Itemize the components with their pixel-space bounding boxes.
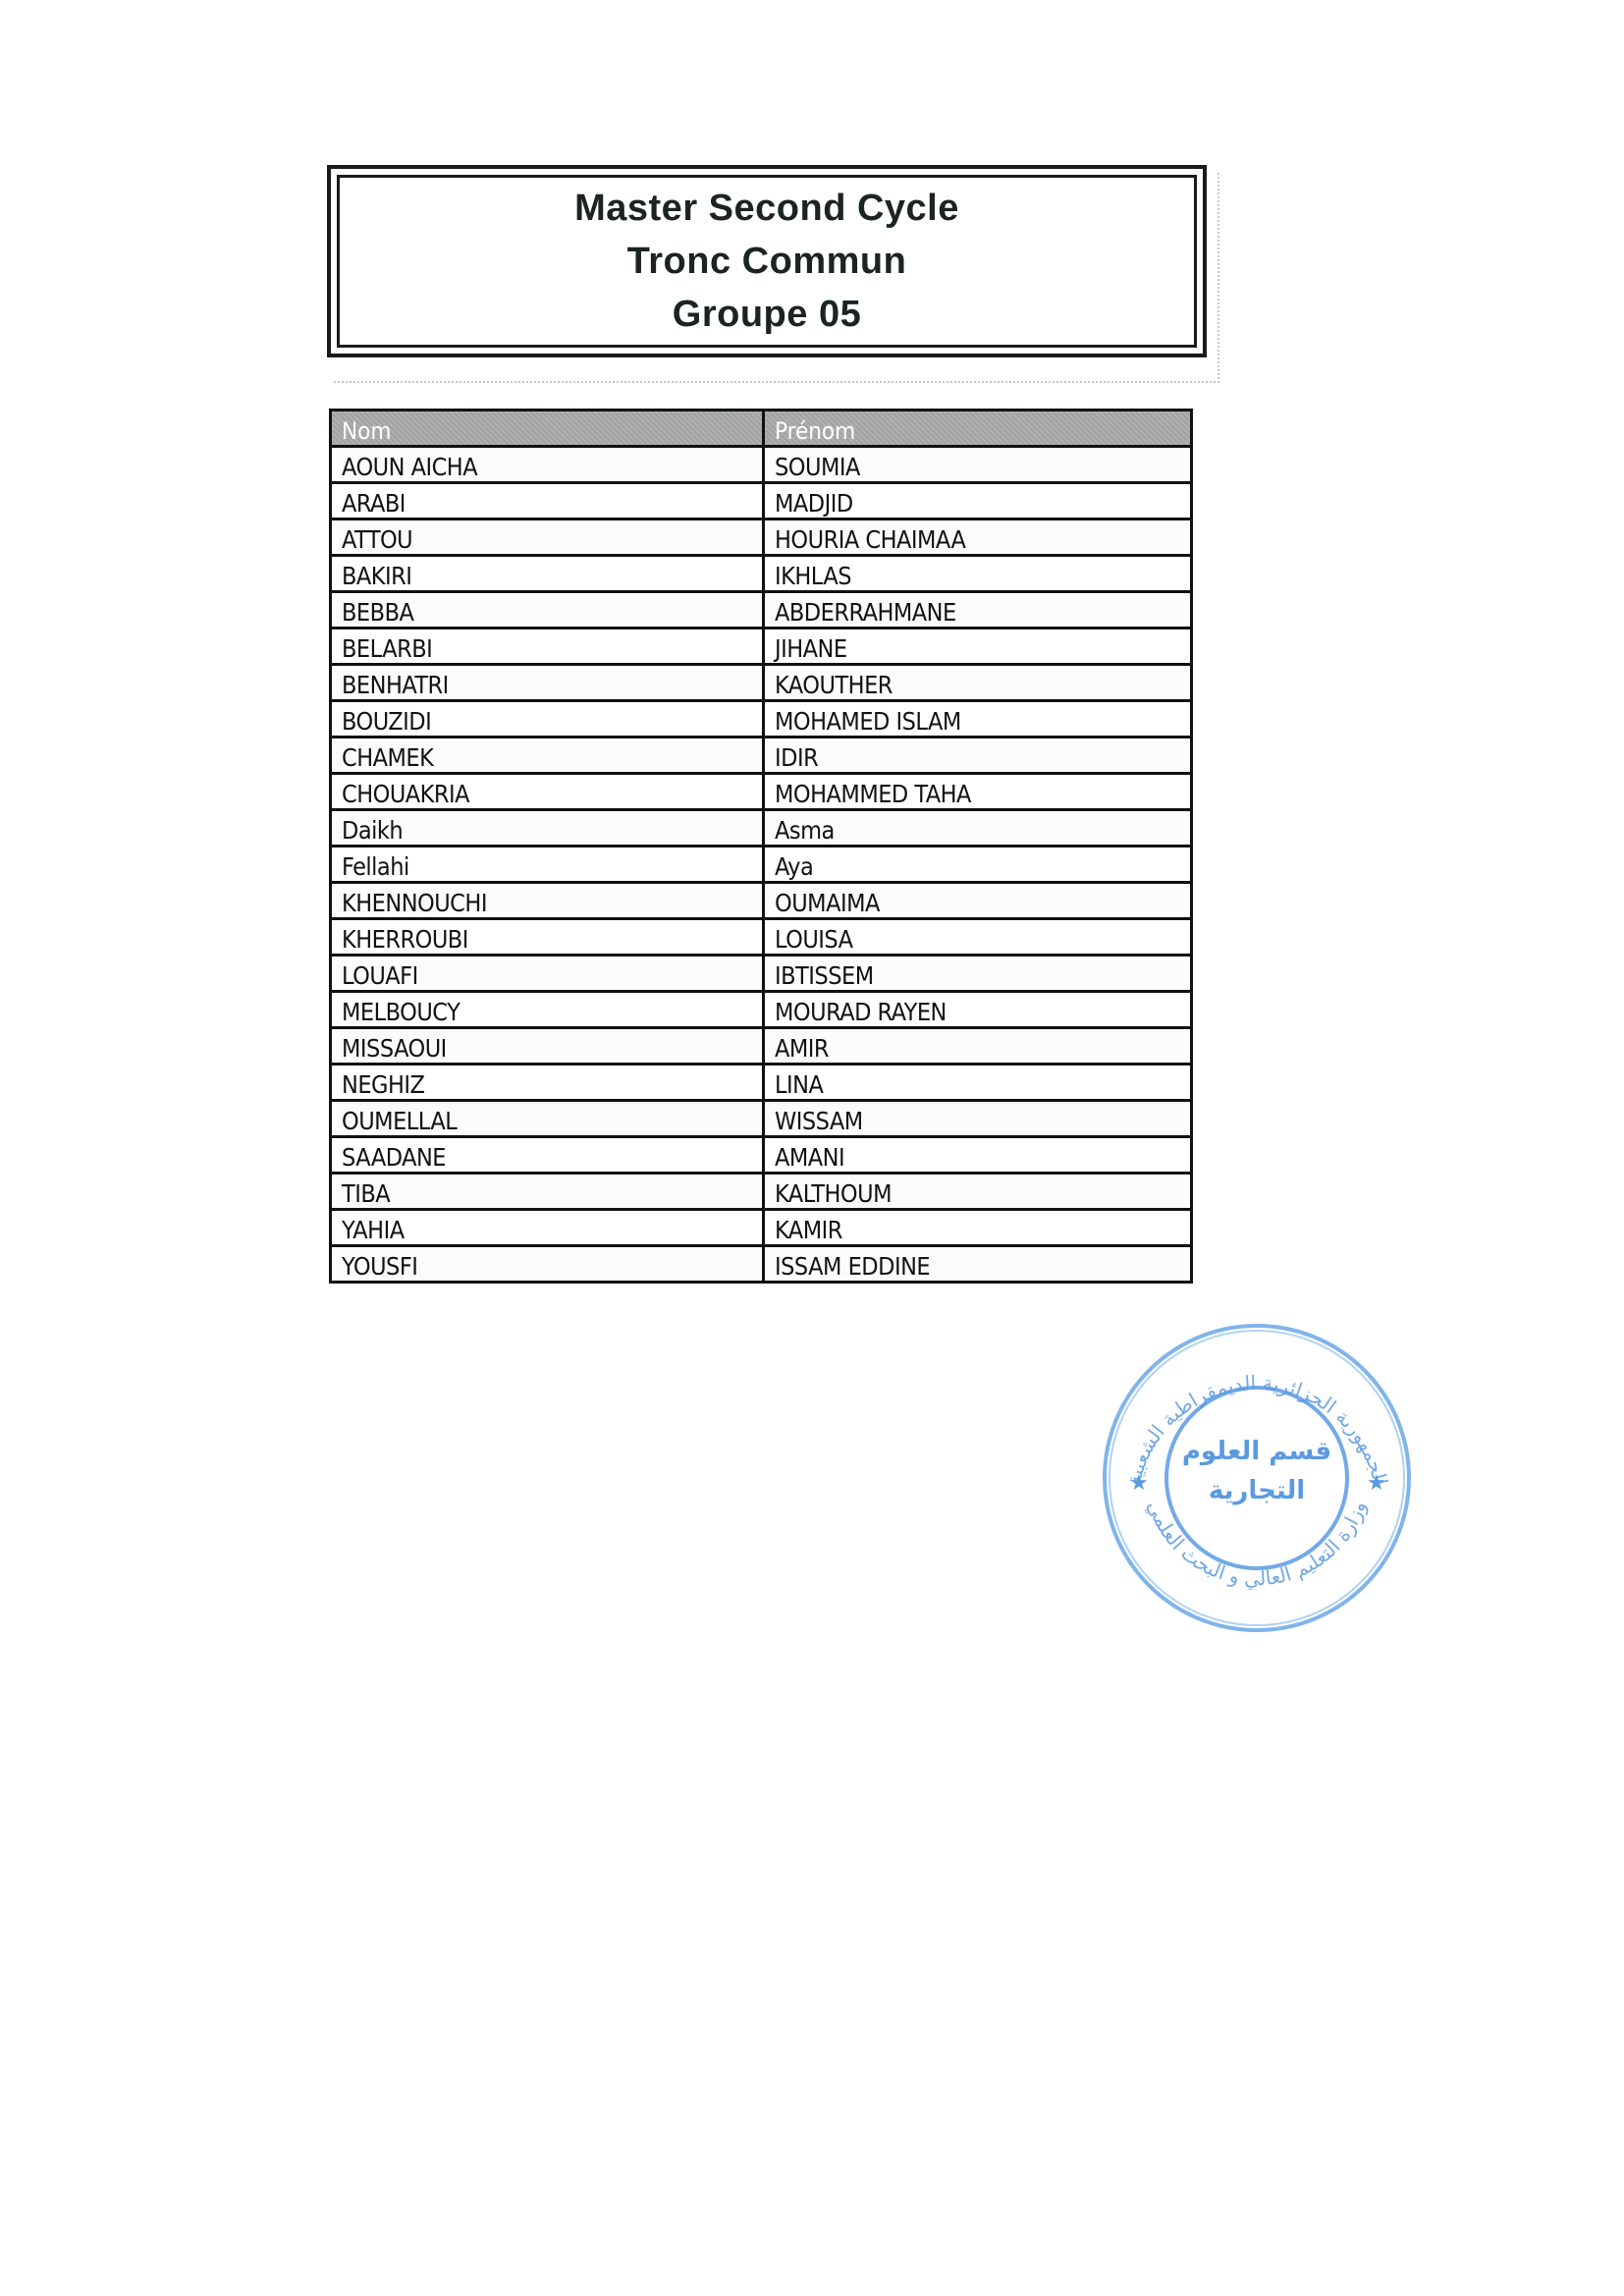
cell-nom: KHENNOUCHI [331,883,764,919]
cell-nom: YOUSFI [331,1246,764,1283]
group-title: Groupe 05 [673,288,861,341]
cell-prenom: WISSAM [764,1101,1192,1137]
cell-nom: ARABI [331,483,764,519]
cell-prenom: KAMIR [764,1210,1192,1246]
cell-nom: SAADANE [331,1137,764,1174]
table-row: AOUN AICHASOUMIA [331,447,1192,483]
table-row: CHOUAKRIAMOHAMMED TAHA [331,774,1192,810]
table-row: YAHIAKAMIR [331,1210,1192,1246]
document-title-box: Master Second Cycle Tronc Commun Groupe … [327,165,1207,357]
cell-nom: BENHATRI [331,665,764,701]
cell-prenom: JIHANE [764,629,1192,665]
cell-prenom: KAOUTHER [764,665,1192,701]
cell-nom: ATTOU [331,519,764,556]
table-row: CHAMEKIDIR [331,738,1192,774]
table-body: AOUN AICHASOUMIAARABIMADJIDATTOUHOURIA C… [331,447,1192,1283]
cell-prenom: SOUMIA [764,447,1192,483]
cell-nom: OUMELLAL [331,1101,764,1137]
stamp-department-line-1: قسم العلوم [1100,1437,1414,1466]
cell-prenom: AMIR [764,1028,1192,1065]
column-header-nom: Nom [331,410,764,447]
table-row: ATTOUHOURIA CHAIMAA [331,519,1192,556]
cell-prenom: LINA [764,1065,1192,1101]
table-row: BENHATRIKAOUTHER [331,665,1192,701]
program-title: Master Second Cycle [574,182,959,235]
table-row: BELARBIJIHANE [331,629,1192,665]
cell-prenom: IKHLAS [764,556,1192,592]
table-header-row: Nom Prénom [331,410,1192,447]
table-row: NEGHIZLINA [331,1065,1192,1101]
track-title: Tronc Commun [627,235,907,288]
cell-prenom: ABDERRAHMANE [764,592,1192,629]
svg-text:الجمهورية الجزائرية الديمقراطي: الجمهورية الجزائرية الديمقراطية الشعبية [1121,1371,1393,1488]
table-row: MELBOUCYMOURAD RAYEN [331,992,1192,1028]
cell-nom: MELBOUCY [331,992,764,1028]
table-row: BAKIRIIKHLAS [331,556,1192,592]
cell-nom: CHAMEK [331,738,764,774]
table-row: BOUZIDIMOHAMED ISLAM [331,701,1192,738]
cell-nom: NEGHIZ [331,1065,764,1101]
cell-prenom: MOURAD RAYEN [764,992,1192,1028]
table-row: TIBAKALTHOUM [331,1174,1192,1210]
cell-prenom: MADJID [764,483,1192,519]
cell-nom: CHOUAKRIA [331,774,764,810]
table-row: BEBBAABDERRAHMANE [331,592,1192,629]
svg-text:وزارة التعليم العالي و البحث ا: وزارة التعليم العالي و البحث العلمي [1142,1498,1371,1592]
column-header-prenom: Prénom [764,410,1192,447]
cell-nom: BEBBA [331,592,764,629]
table-row: SAADANEAMANI [331,1137,1192,1174]
student-roster-table: Nom Prénom AOUN AICHASOUMIAARABIMADJIDAT… [329,409,1193,1284]
cell-prenom: Aya [764,847,1192,883]
table-row: YOUSFIISSAM EDDINE [331,1246,1192,1283]
cell-prenom: MOHAMED ISLAM [764,701,1192,738]
cell-nom: BOUZIDI [331,701,764,738]
cell-nom: KHERROUBI [331,919,764,956]
table-row: ARABIMADJID [331,483,1192,519]
document-title-inner-frame: Master Second Cycle Tronc Commun Groupe … [337,175,1197,348]
cell-prenom: MOHAMMED TAHA [764,774,1192,810]
cell-nom: Fellahi [331,847,764,883]
official-stamp: الجمهورية الجزائرية الديمقراطية الشعبية … [1100,1321,1414,1635]
table-row: OUMELLALWISSAM [331,1101,1192,1137]
cell-prenom: LOUISA [764,919,1192,956]
stamp-department-line-2: التجارية [1100,1476,1414,1505]
cell-nom: TIBA [331,1174,764,1210]
cell-prenom: AMANI [764,1137,1192,1174]
cell-prenom: IDIR [764,738,1192,774]
cell-prenom: OUMAIMA [764,883,1192,919]
cell-nom: LOUAFI [331,956,764,992]
cell-prenom: HOURIA CHAIMAA [764,519,1192,556]
table-row: FellahiAya [331,847,1192,883]
cell-prenom: KALTHOUM [764,1174,1192,1210]
cell-prenom: Asma [764,810,1192,847]
table-row: DaikhAsma [331,810,1192,847]
cell-nom: Daikh [331,810,764,847]
table-row: KHENNOUCHIOUMAIMA [331,883,1192,919]
table-row: LOUAFIIBTISSEM [331,956,1192,992]
cell-nom: BELARBI [331,629,764,665]
table-row: KHERROUBILOUISA [331,919,1192,956]
table-row: MISSAOUIAMIR [331,1028,1192,1065]
cell-prenom: IBTISSEM [764,956,1192,992]
cell-nom: YAHIA [331,1210,764,1246]
cell-nom: AOUN AICHA [331,447,764,483]
cell-nom: MISSAOUI [331,1028,764,1065]
cell-nom: BAKIRI [331,556,764,592]
cell-prenom: ISSAM EDDINE [764,1246,1192,1283]
